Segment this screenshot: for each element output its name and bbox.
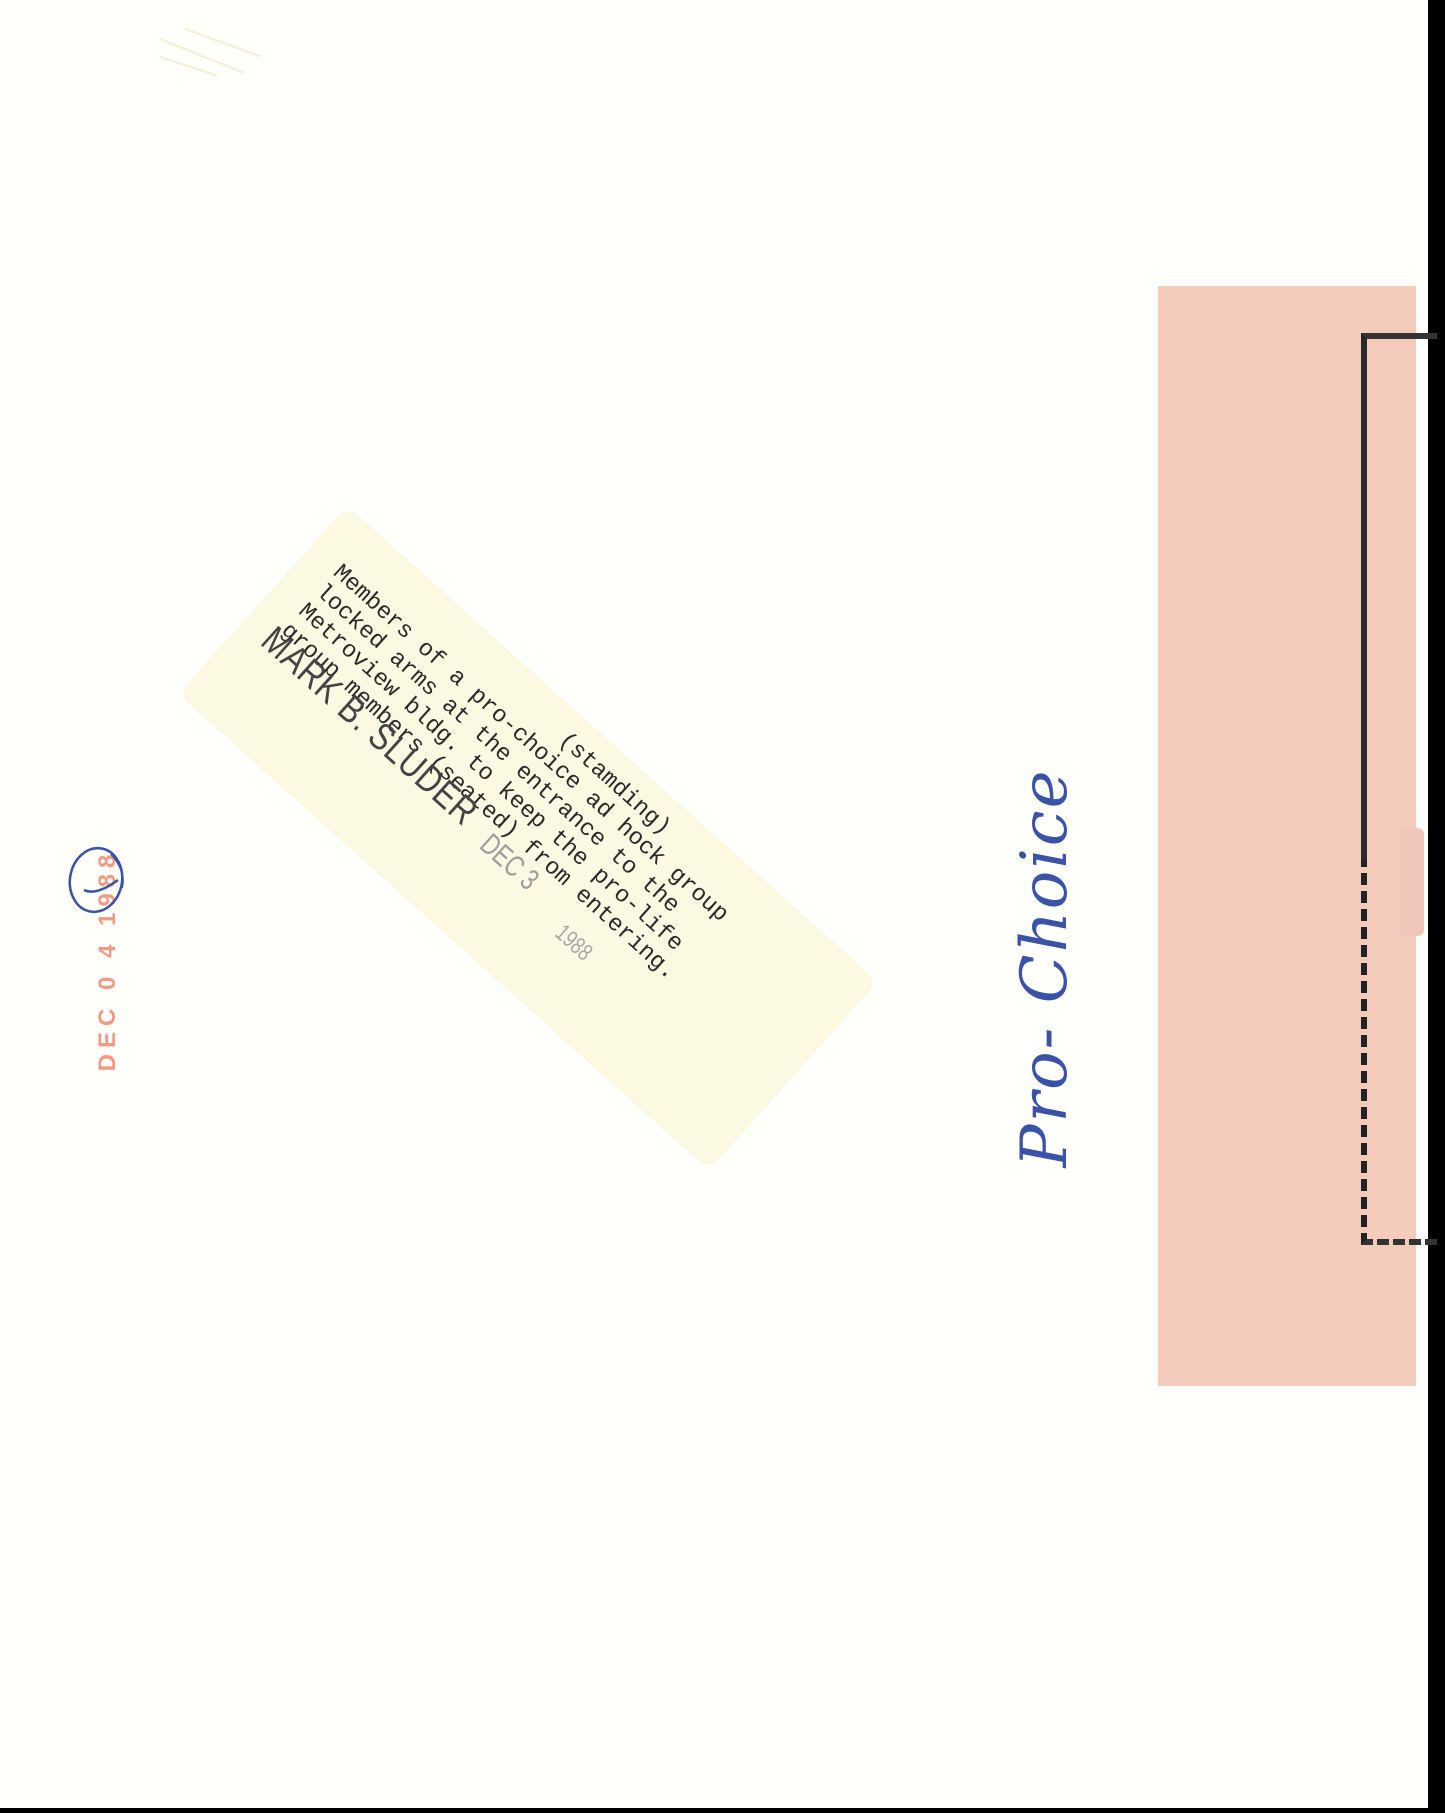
tape-frame-edge (1361, 339, 1367, 859)
tape-frame-outline (1361, 333, 1437, 1245)
label-year-stamp: 1988 (549, 919, 598, 967)
photo-back-paper: (stamding) Members of a pro-choice ad ho… (0, 0, 1428, 1808)
paper-crease (160, 38, 244, 74)
circled-number-icon (56, 840, 146, 920)
handwritten-subject-note: Pro- Choice (1008, 768, 1082, 1167)
caption-line-3: Metroview bldg. to keep the pro-life (292, 598, 688, 957)
caption-text: (stamding) Members of a pro-choice ad ho… (275, 541, 868, 1092)
caption-label: (stamding) Members of a pro-choice ad ho… (179, 506, 877, 1169)
